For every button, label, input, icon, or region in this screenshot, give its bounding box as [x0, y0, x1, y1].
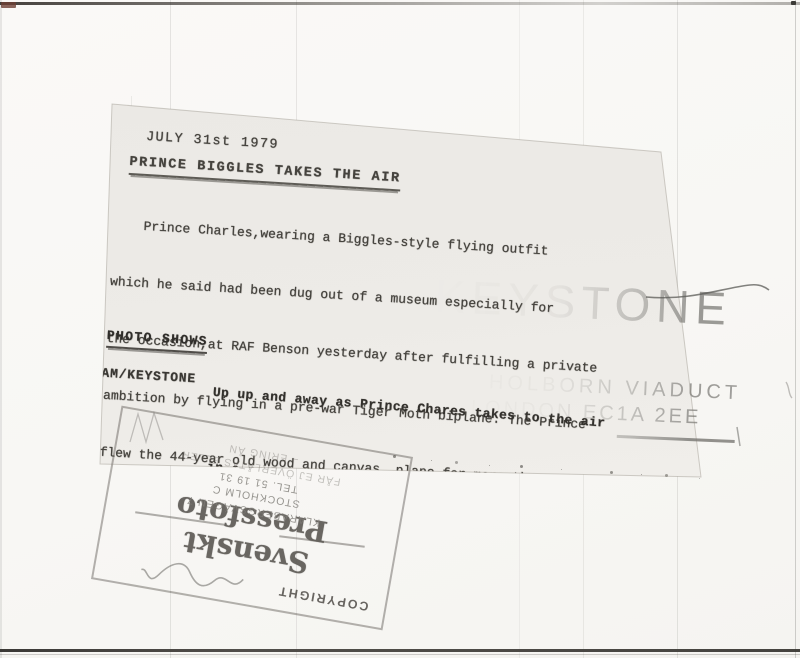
- scan-marks-overlay: [0, 0, 800, 658]
- scan-bottom-edge-line: [0, 649, 800, 652]
- scan-left-edge-line: [0, 0, 2, 658]
- photo-back-scan: JULY 31st 1979 PRINCE BIGGLES TAKES THE …: [0, 0, 800, 658]
- stamp-corner-tick: [737, 427, 740, 446]
- scan-bottom-edge-line: [0, 654, 800, 655]
- pen-tick-mark: [646, 285, 769, 298]
- edge-squiggle-mark: [786, 382, 792, 398]
- pencil-zigzag-mark: [130, 413, 163, 442]
- slip-outline: [100, 104, 701, 477]
- scan-right-edge-line: [795, 0, 796, 658]
